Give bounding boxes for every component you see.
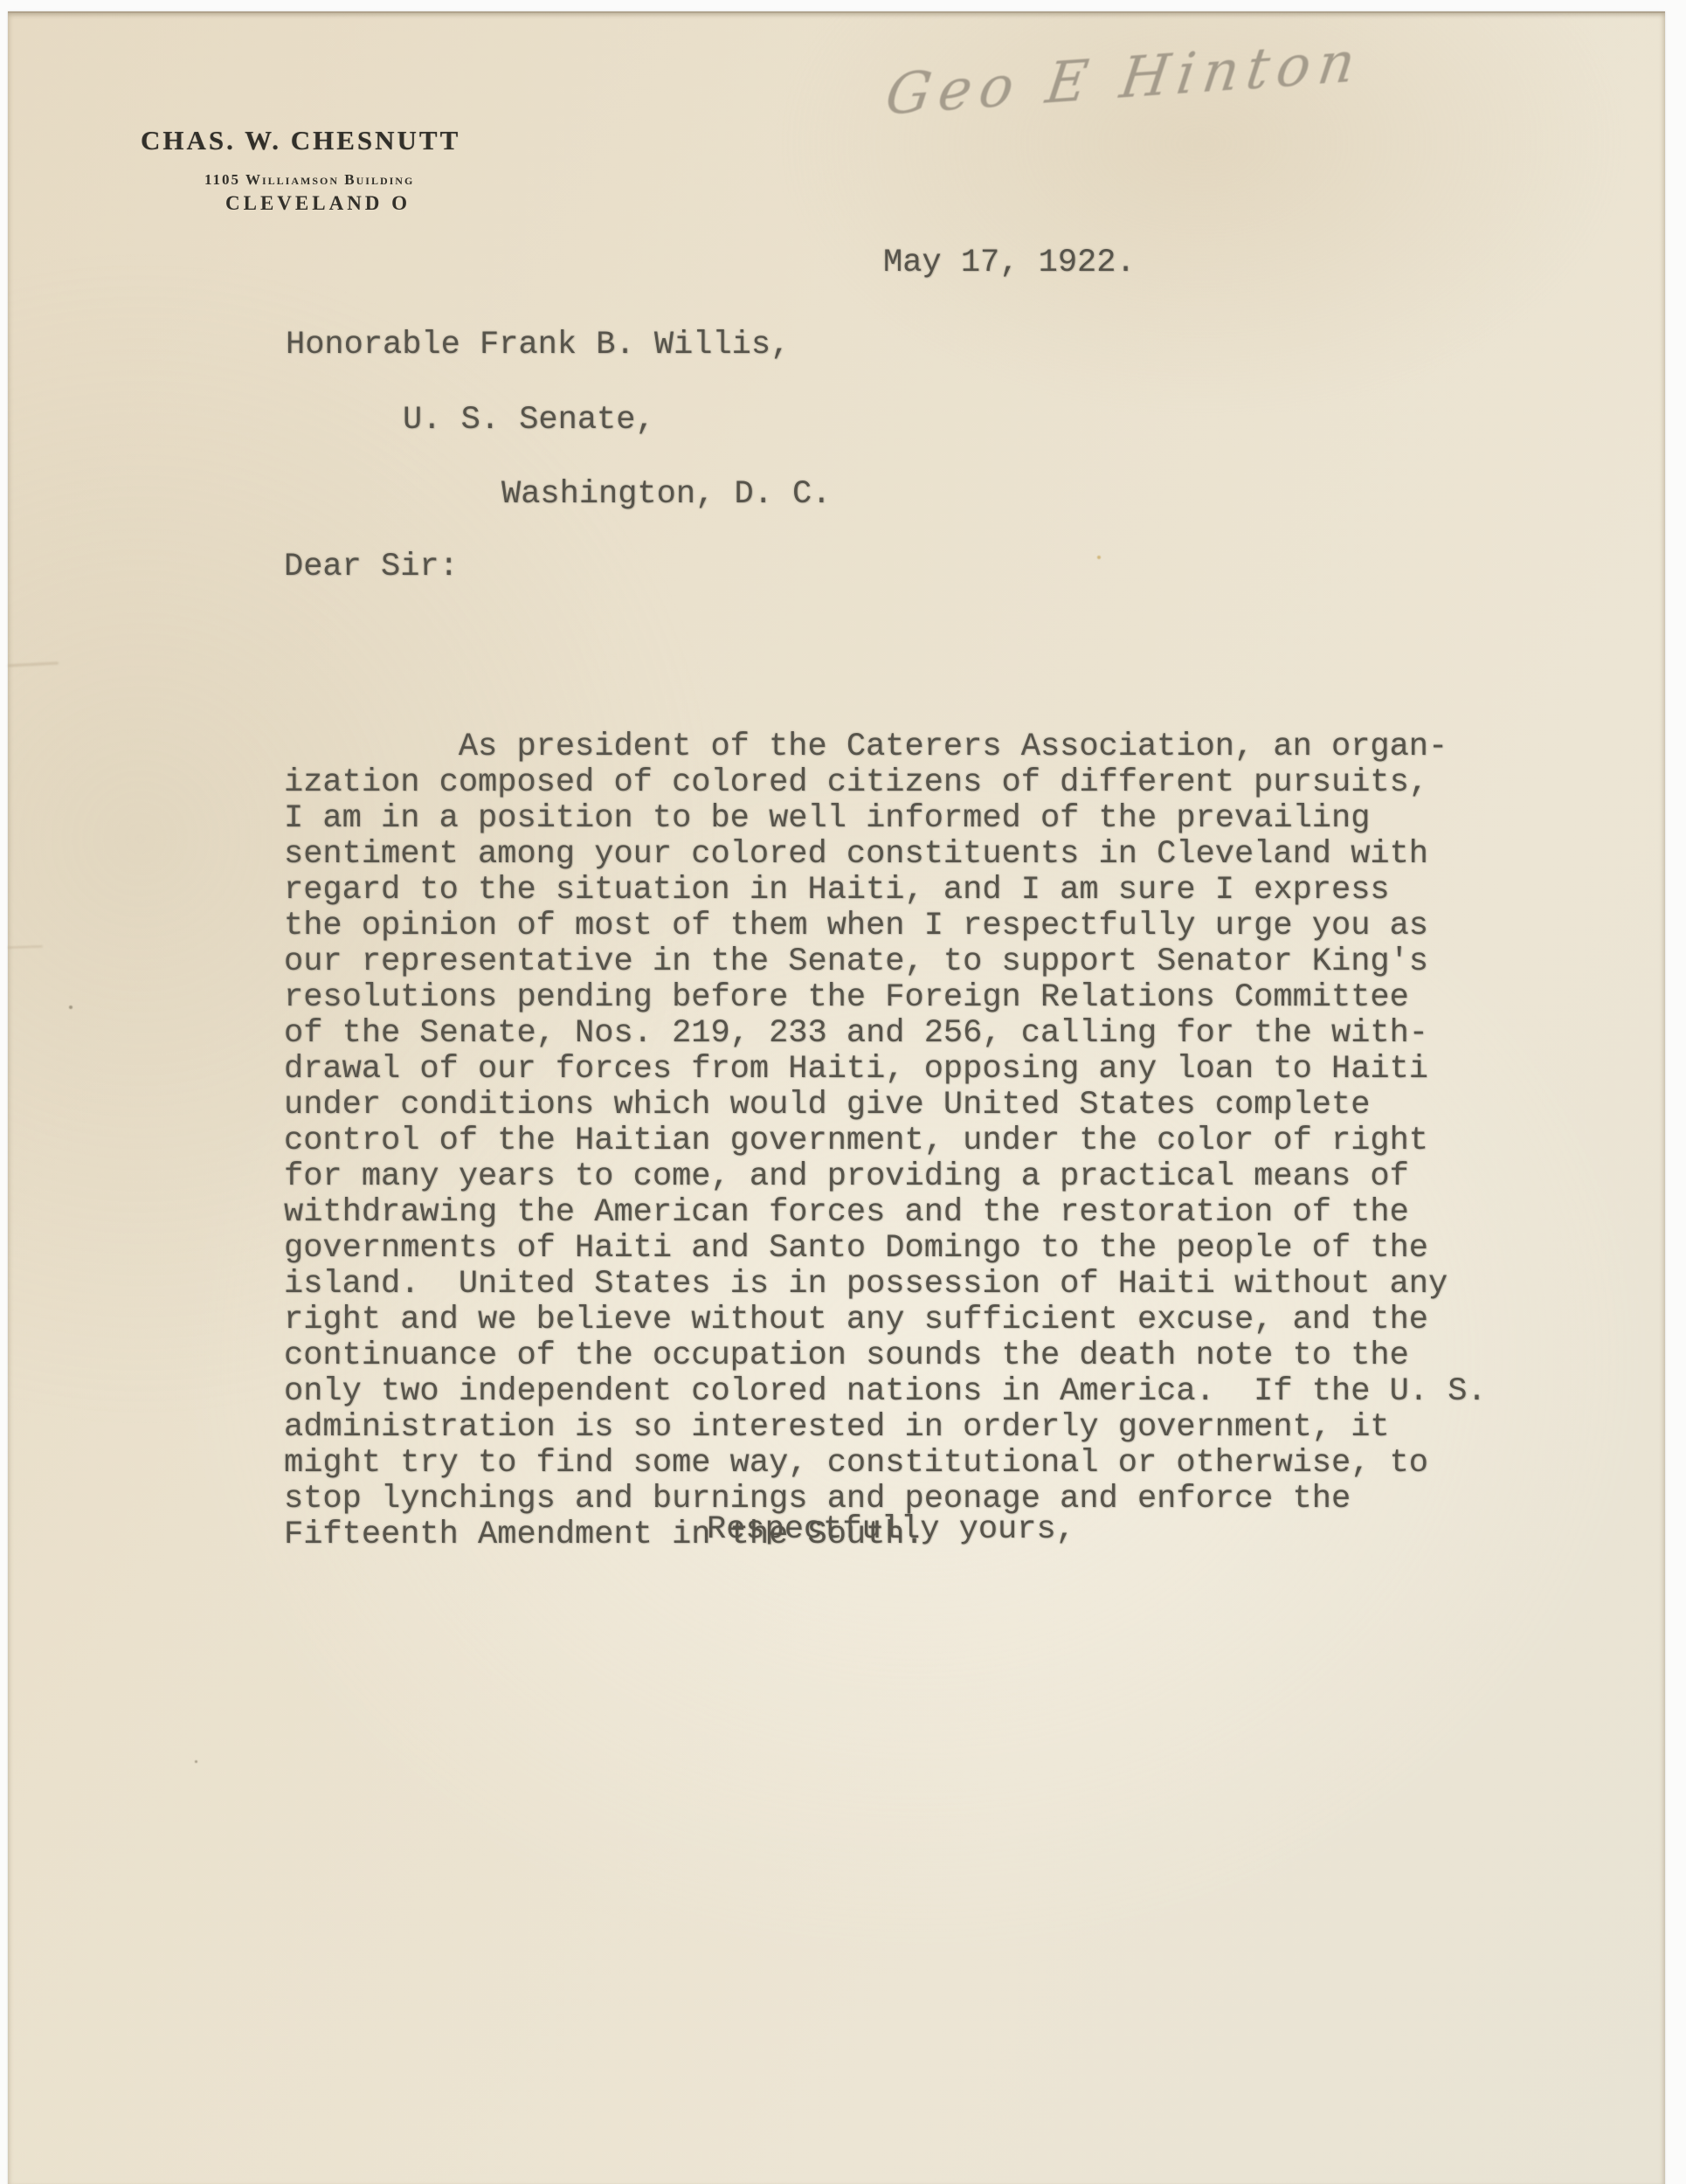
body-line: ization composed of colored citizens of … [284,765,1487,801]
recipient-city: Washington, D. C. [501,477,831,513]
body-line: island. United States is in possession o… [284,1267,1487,1303]
paper-crease [8,661,59,667]
body-line: resolutions pending before the Foreign R… [284,980,1487,1016]
paper-speck [195,1760,197,1763]
body-line: the opinion of most of them when I respe… [284,909,1487,944]
handwritten-annotation: Geo E Hinton [881,30,1366,128]
recipient-name: Honorable Frank B. Willis, [286,328,790,363]
body-line: governments of Haiti and Santo Domingo t… [284,1231,1487,1267]
body-line: might try to find some way, constitution… [284,1446,1487,1482]
date-line: May 17, 1922. [883,245,1136,281]
body-line: withdrawing the American forces and the … [284,1195,1487,1231]
body-line: right and we believe without any suffici… [284,1303,1487,1338]
body-line: sentiment among your colored constituent… [284,837,1487,873]
body-line: our representative in the Senate, to sup… [284,944,1487,980]
paper-speck [69,1006,73,1009]
recipient-organization: U. S. Senate, [403,403,655,439]
letter-paper: Geo E Hinton CHAS. W. CHESNUTT 1105 Will… [8,11,1665,2184]
letterhead-city: CLEVELAND O [225,192,411,215]
letterhead-address: 1105 Williamson Building [204,171,414,189]
body-line: control of the Haitian government, under… [284,1123,1487,1159]
body-line: As president of the Caterers Association… [284,729,1487,765]
body-line: drawal of our forces from Haiti, opposin… [284,1052,1487,1088]
body-line: only two independent colored nations in … [284,1374,1487,1410]
body-line: continuance of the occupation sounds the… [284,1338,1487,1374]
body-line: of the Senate, Nos. 219, 233 and 256, ca… [284,1016,1487,1052]
closing: Respectfully yours, [707,1512,1075,1548]
paper-speck [1097,556,1101,559]
body-line: administration is so interested in order… [284,1410,1487,1446]
body-line: for many years to come, and providing a … [284,1159,1487,1195]
body-line: I am in a position to be well informed o… [284,801,1487,837]
salutation: Dear Sir: [284,549,459,585]
body-line: under conditions which would give United… [284,1088,1487,1123]
letterhead-name: CHAS. W. CHESNUTT [141,125,460,156]
paper-crease [8,945,43,948]
letter-body: As president of the Caterers Association… [284,622,1487,1553]
body-line: regard to the situation in Haiti, and I … [284,873,1487,909]
